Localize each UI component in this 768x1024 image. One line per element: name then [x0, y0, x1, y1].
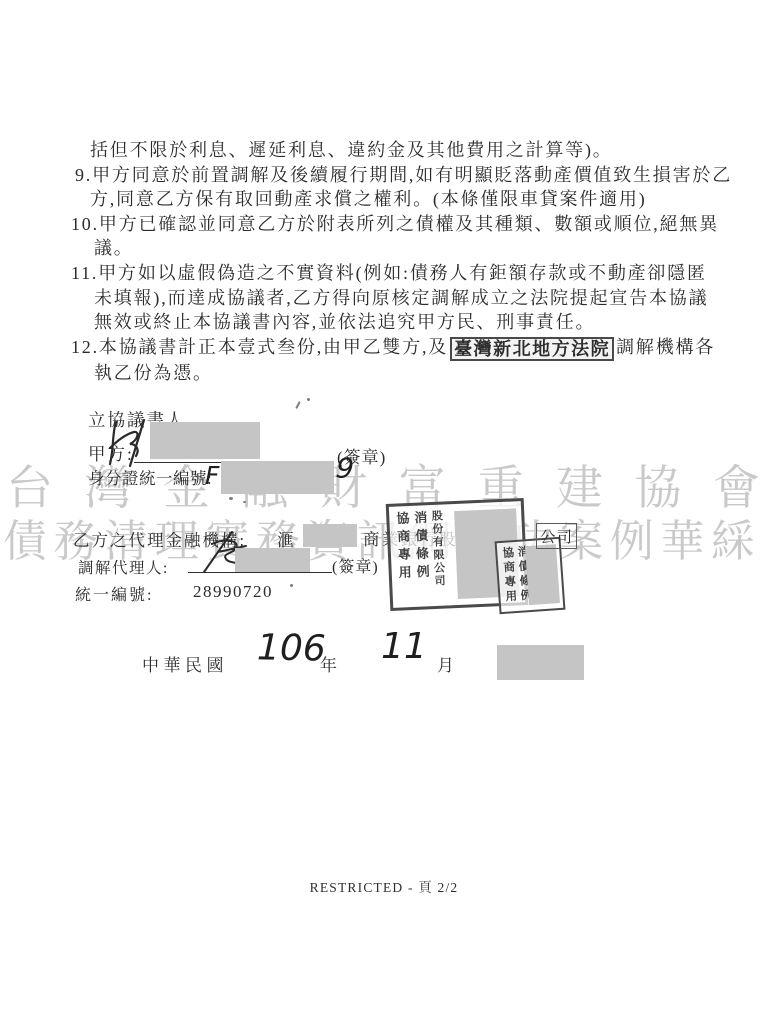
uniform-number-label: 統一編號:	[75, 582, 153, 605]
watermark-char: 台	[6, 451, 53, 518]
clause-text: 12.本協議書計正本壹式叁份,由甲乙雙方,及	[71, 337, 448, 357]
redaction-box	[525, 544, 560, 605]
redaction-box	[497, 645, 584, 680]
clause-line: 9.甲方同意於前置調解及後續履行期間,如有明顯貶落動產價值致生損害於乙	[71, 163, 732, 188]
month-label: 月	[437, 651, 454, 676]
clause-text: 議。	[94, 238, 134, 258]
handwritten-year: 106	[257, 627, 326, 669]
clause-line: 執乙份為憑。	[71, 361, 732, 386]
agent-seal-note: (簽章)	[332, 554, 379, 577]
uniform-number-value: 28990720	[193, 582, 273, 602]
id-number-handwritten-suffix: 9	[334, 451, 355, 486]
clause-line: 11.甲方如以虛假偽造之不實資料(例如:債務人有鉅額存款或不動產卻隱匿	[71, 261, 732, 286]
party-a-handwritten-signature	[106, 418, 154, 468]
clause-text: 9.甲方同意於前置調解及後續履行期間,如有明顯貶落動產價值致生損害於乙	[75, 165, 732, 185]
watermark-char: 協	[634, 451, 681, 518]
redaction-box	[221, 461, 334, 494]
scan-speck	[243, 501, 246, 503]
watermark-char: 會	[713, 451, 760, 518]
redaction-box	[303, 524, 357, 547]
scan-speck	[290, 584, 293, 587]
handwritten-month: 11	[381, 626, 427, 667]
redaction-box	[150, 422, 260, 459]
scan-speck	[229, 497, 233, 500]
clause-line: 12.本協議書計正本壹式叁份,由甲乙雙方,及臺灣新北地方法院調解機構各	[71, 335, 732, 361]
id-number-label: 身分證統一編號:	[88, 465, 212, 489]
clause-line: 括但不限於利息、遲延利息、違約金及其他費用之計算等)。	[71, 138, 732, 163]
scanned-agreement-page: 台灣金融財富重建協會 債務清理實務資訊網成功案例華綵 括但不限於利息、遲延利息、…	[0, 0, 768, 1024]
clause-line: 未填報),而達成協議者,乙方得向原核定調解成立之法院提起宣告本協議	[71, 286, 732, 311]
watermark-char: 債	[3, 505, 47, 569]
watermark-char: 華	[660, 505, 704, 569]
page-footer: RESTRICTED - 頁 2/2	[0, 876, 768, 896]
id-number-handwritten-prefix: F	[205, 461, 219, 490]
agency-name-suffix: 公司	[536, 523, 577, 549]
watermark-char: 例	[610, 505, 654, 569]
watermark-char: 綵	[711, 505, 755, 569]
roc-era-label: 中華民國	[142, 651, 228, 676]
clause-line: 10.甲方已確認並同意乙方於附表所列之債權及其種類、數額或順位,絕無異	[71, 212, 732, 237]
clause-text: 未填報),而達成協議者,乙方得向原核定調解成立之法院提起宣告本協議	[94, 288, 708, 308]
clause-line: 方,同意乙方保有取回動產求償之權利。(本條僅限車貸案件適用)	[71, 187, 732, 212]
redaction-box	[235, 548, 310, 572]
clause-list: 括但不限於利息、遲延利息、違約金及其他費用之計算等)。9.甲方同意於前置調解及後…	[71, 138, 732, 385]
clause-line: 議。	[71, 236, 732, 261]
clause-text: 方,同意乙方保有取回動產求償之權利。(本條僅限車貸案件適用)	[90, 189, 647, 209]
clause-text: 執乙份為憑。	[94, 363, 213, 383]
seal-column-text: 消債條例	[411, 510, 430, 589]
clause-text: 無效或終止本協議書內容,並依法追究甲方民、刑事責任。	[94, 312, 595, 332]
court-name-stamp: 臺灣新北地方法院	[450, 337, 614, 361]
clause-text: 括但不限於利息、遲延利息、違約金及其他費用之計算等)。	[90, 140, 613, 160]
company-seal-text: 協商專用消債條例股份有限公司	[393, 510, 445, 590]
watermark-char: 建	[556, 451, 603, 518]
clause-text: 10.甲方已確認並同意乙方於附表所列之債權及其種類、數額或順位,絕無異	[71, 214, 719, 234]
seal-column-text: 協商專用	[393, 511, 412, 590]
scan-speck	[295, 401, 301, 409]
clause-line: 無效或終止本協議書內容,並依法追究甲方民、刑事責任。	[71, 310, 732, 335]
clause-text: 11.甲方如以虛假偽造之不實資料(例如:債務人有鉅額存款或不動產卻隱匿	[71, 263, 707, 283]
seal-column-text: 股份有限公司	[429, 510, 445, 588]
clause-text: 調解機構各	[616, 337, 715, 357]
scan-speck	[307, 398, 310, 401]
mediation-agent-label: 調解代理人:	[78, 556, 169, 578]
